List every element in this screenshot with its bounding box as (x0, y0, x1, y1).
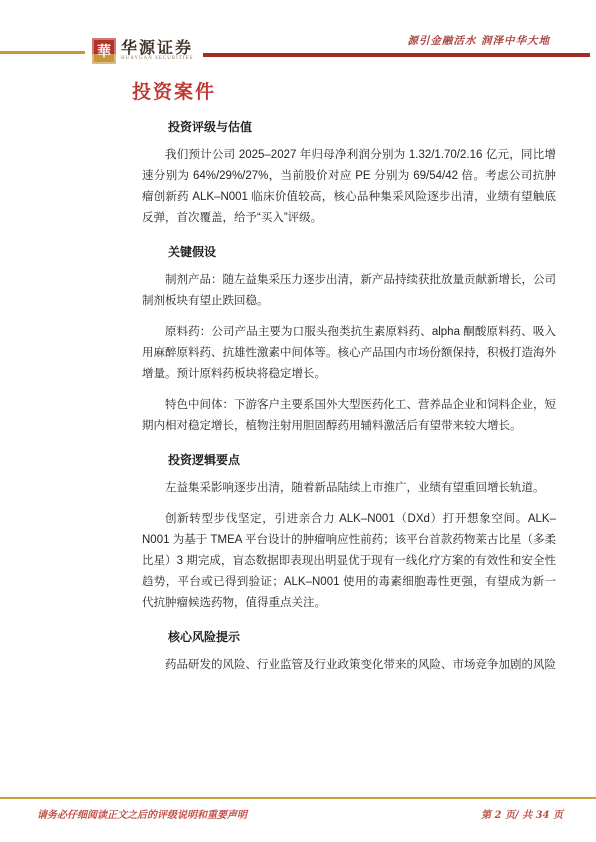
brand-slogan: 源引金融活水 润泽中华大地 (407, 33, 550, 48)
footer-page-number: 第 2 页/ 共 34 页 (481, 806, 563, 821)
paragraph: 原料药：公司产品主要为口服头孢类抗生素原料药、alpha 酮酸原料药、吸入用麻醉… (142, 322, 556, 385)
header-right: 源引金融活水 润泽中华大地 (203, 33, 596, 57)
footer-disclaimer: 请务必仔细阅读正文之后的评级说明和重要声明 (37, 806, 247, 821)
paragraph: 我们预计公司 2025–2027 年归母净利润分别为 1.32/1.70/2.1… (142, 145, 556, 229)
paragraph: 左益集采影响逐步出清，随着新品陆续上市推广，业绩有望重回增长轨道。 (142, 478, 556, 499)
brand-name-cn: 华源证券 (121, 39, 193, 56)
paragraph: 药品研发的风险、行业监管及行业政策变化带来的风险、市场竞争加剧的风险 (142, 655, 556, 676)
company-seal-icon: 華 (92, 38, 116, 64)
paragraph: 制剂产品：随左益集采压力逐步出清，新产品持续获批放量贡献新增长，公司制剂板块有望… (142, 270, 556, 312)
page-footer: 请务必仔细阅读正文之后的评级说明和重要声明 第 2 页/ 共 34 页 (37, 806, 563, 821)
section-heading-core-risks: 核心风险提示 (168, 630, 556, 645)
paragraph: 创新转型步伐坚定，引进亲合力 ALK–N001（DXd）打开想象空间。ALK–N… (142, 509, 556, 614)
header-red-rule (203, 53, 590, 57)
paragraph: 特色中间体：下游客户主要系国外大型医药化工、营养品企业和饲料企业，短期内相对稳定… (142, 395, 556, 437)
seal-glyph: 華 (97, 41, 111, 61)
company-brand: 华源证券 HUAYUAN SECURITIES (121, 39, 193, 62)
footer-gold-rule (0, 797, 596, 799)
page-header: 華 华源证券 HUAYUAN SECURITIES 源引金融活水 润泽中华大地 (0, 30, 596, 78)
section-heading-rating-valuation: 投资评级与估值 (168, 120, 556, 135)
report-body: 投资案件 投资评级与估值 我们预计公司 2025–2027 年归母净利润分别为 … (132, 82, 556, 676)
header-gold-rule (0, 51, 85, 54)
section-heading-key-assumptions: 关键假设 (168, 245, 556, 260)
page-title: 投资案件 (132, 82, 556, 104)
brand-name-en: HUAYUAN SECURITIES (121, 56, 193, 62)
section-heading-investment-logic: 投资逻辑要点 (168, 453, 556, 468)
